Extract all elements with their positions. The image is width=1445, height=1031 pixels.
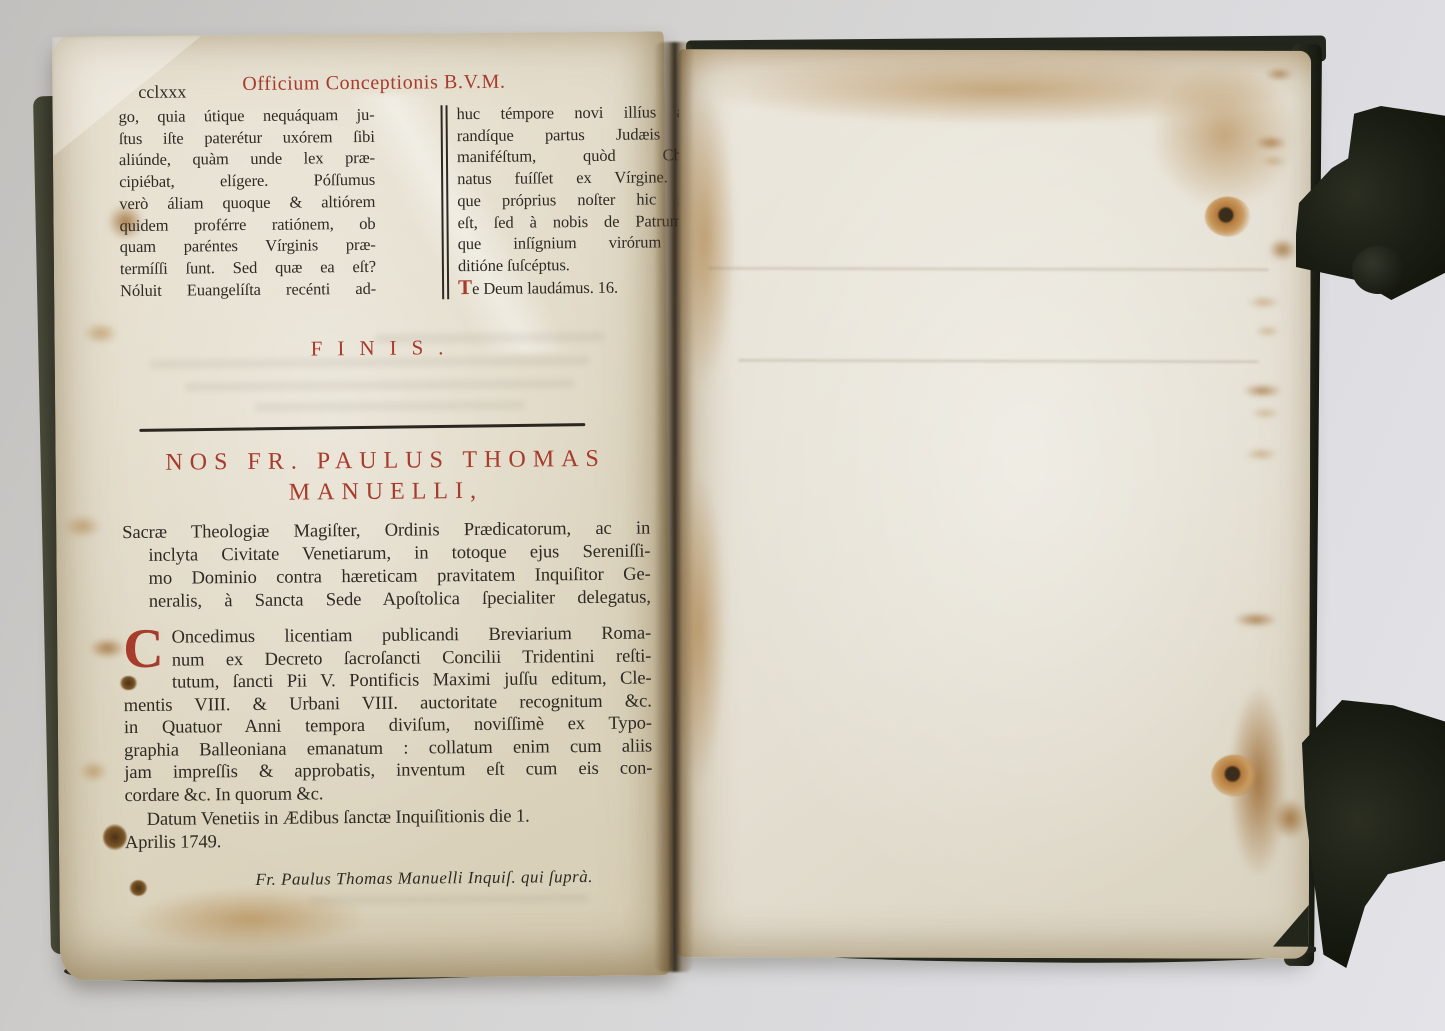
rubric-initial: T (458, 275, 472, 299)
running-header: Officium Conceptionis B.V.M. (242, 71, 505, 96)
page-crease (709, 267, 1269, 270)
text-line: jam impreſſis & approbatis, inventum eſt… (124, 757, 652, 784)
licence-text-block: Sacræ Theologiæ Magiſter, Ordinis Prædic… (122, 517, 653, 891)
imprimatur-heading: NOS FR. PAULUS THOMAS MANUELLI, (121, 443, 650, 510)
wormhole (1205, 197, 1251, 237)
horizontal-rule (139, 423, 585, 432)
licence-lines: Oncedimus licentiam publicandi Breviariu… (123, 622, 653, 807)
foxing-stain (89, 638, 125, 658)
rust-stain (1250, 409, 1280, 418)
rust-stain (1247, 297, 1281, 308)
datum-paragraph: Datum Venetiis in Ædibus ſanctæ Inquiſit… (125, 804, 653, 855)
wormhole (103, 824, 127, 850)
finis-label: FINIS. (121, 333, 649, 363)
book-clasp-knob (1352, 246, 1404, 294)
text-line: cipiébat, elígere. Póſſumus (119, 169, 375, 193)
drop-cap: C (123, 629, 164, 673)
rust-stain (1242, 385, 1282, 397)
rust-stain (1244, 449, 1278, 460)
column-left-lines: go, quia útique nequáquam ju-ſtus iſte p… (119, 104, 377, 302)
text-line: aliúnde, quàm unde lex præ- (119, 147, 375, 171)
showthrough-text (309, 894, 589, 904)
text-line: termíſſi ſunt. Sed quæ ea eſt? (120, 256, 376, 280)
rust-stain (1265, 69, 1293, 80)
imprimatur-heading-line2: MANUELLI, (122, 474, 650, 510)
rubric-text: e Deum laudámus. 16. (472, 277, 618, 297)
showthrough-text (255, 401, 525, 412)
foxing-stain (62, 514, 102, 538)
text-line: Nóluit Euangelíſta recénti ad- (120, 277, 376, 301)
book-gutter (654, 42, 694, 972)
corner-fold-dark (1273, 905, 1309, 947)
wormhole (1211, 755, 1257, 797)
text-line: neralis, à Sancta Sede Apoſtolica ſpecia… (123, 586, 651, 614)
text-line: verò áliam quoque & altiórem (119, 191, 375, 215)
text-line: quam paréntes Vírginis præ- (120, 234, 376, 258)
left-page: cclxxx Officium Conceptionis B.V.M. go, … (52, 31, 672, 980)
foxing-stain (1149, 60, 1299, 210)
rust-stain (1255, 137, 1287, 149)
signature-line: Fr. Paulus Thomas Manuelli Inquiſ. qui ſ… (125, 866, 653, 891)
foxing-stain (82, 322, 118, 344)
rust-stain (1269, 239, 1297, 261)
right-blank-page (677, 49, 1311, 959)
foxing-stain (78, 760, 108, 782)
photo-background: { "colors": { "red_ink": "#a73b2c", "bla… (0, 0, 1445, 1031)
imprimatur-heading-line1: NOS FR. PAULUS THOMAS (121, 443, 649, 479)
text-line: cordare &c. In quorum &c. (124, 780, 652, 807)
page-number: cclxxx (138, 82, 186, 103)
page-crease (738, 359, 1258, 362)
showthrough-text (185, 379, 575, 391)
rust-stain (1254, 327, 1280, 336)
rust-stain (1234, 613, 1278, 627)
licence-paragraph: C Oncedimus licentiam publicandi Breviar… (123, 622, 653, 807)
column-left: go, quia útique nequáquam ju-ſtus iſte p… (119, 104, 377, 302)
rust-stain (1273, 799, 1307, 839)
credentials-paragraph: Sacræ Theologiæ Magiſter, Ordinis Prædic… (122, 517, 651, 614)
rust-stain (1261, 157, 1287, 166)
book-clasp-bottom (1302, 700, 1445, 968)
text-line: Aprilis 1749. (125, 827, 653, 855)
text-line: quidem proférre ratiónem, ob (119, 212, 375, 236)
text-line: ſtus iſte paterétur uxórem ſibi (119, 126, 375, 150)
text-line: go, quia útique nequáquam ju- (119, 104, 375, 128)
